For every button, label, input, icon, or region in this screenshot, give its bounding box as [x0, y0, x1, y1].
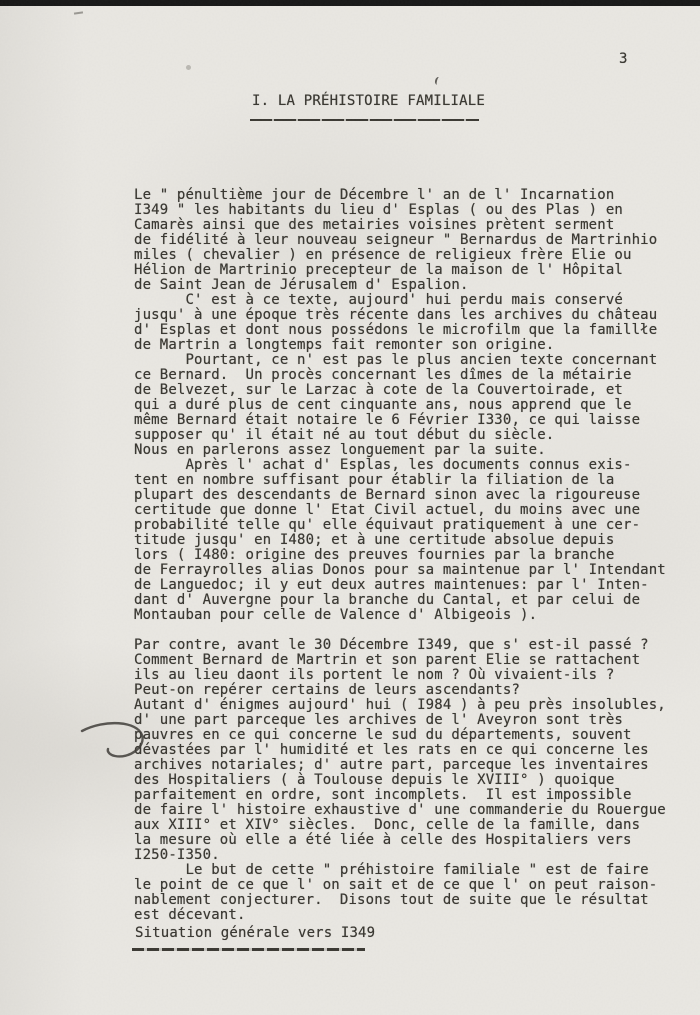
scan-speck — [186, 65, 191, 70]
section-heading: Situation générale vers I349 — [135, 925, 375, 941]
scanned-page: 3 I. LA PRÉHISTOIRE FAMILIALE Le " pénul… — [0, 0, 700, 1015]
scan-speck — [74, 11, 83, 14]
page-number: 3 — [619, 51, 627, 67]
section-heading-underline — [132, 948, 365, 951]
title-underline — [250, 119, 479, 121]
body-text: Le " pénultième jour de Décembre l' an d… — [134, 188, 666, 923]
page-title: I. LA PRÉHISTOIRE FAMILIALE — [252, 93, 485, 109]
handwritten-arrow-mark — [79, 715, 159, 773]
scan-edge-top — [0, 0, 700, 6]
scan-speck — [434, 76, 442, 85]
